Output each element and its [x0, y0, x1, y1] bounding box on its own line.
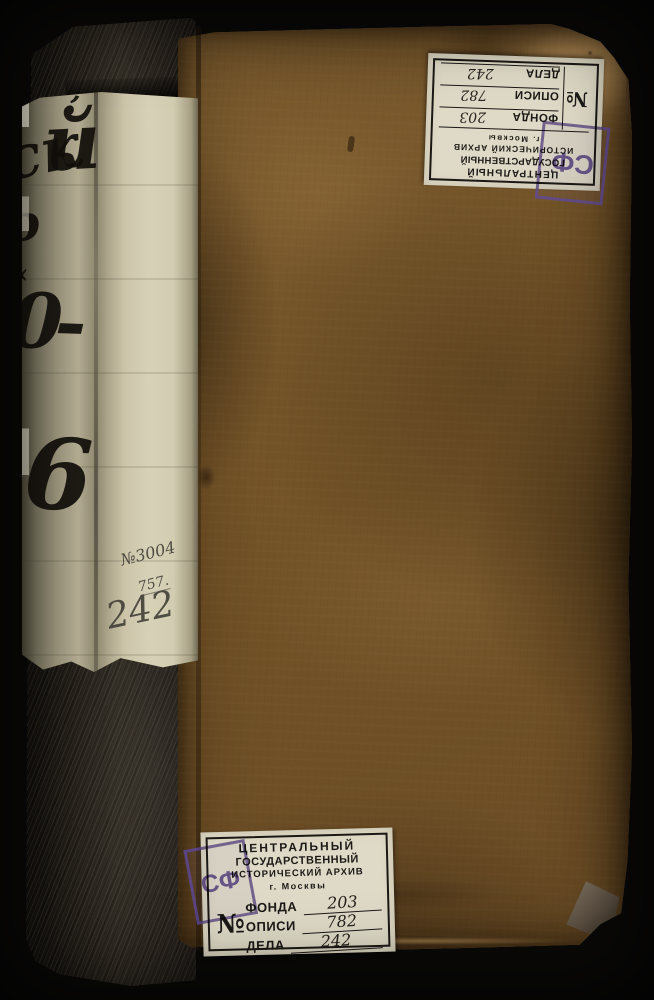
stain [347, 136, 355, 153]
delo-label: ДЕЛА [246, 937, 291, 953]
delo-row: ДЕЛА 242 [440, 62, 560, 85]
delo-label: ДЕЛА [519, 66, 560, 79]
opis-row: ОПИСИ 782 [440, 84, 560, 107]
spine-ink-fragment: 0- [22, 287, 80, 358]
delo-value: 242 [441, 65, 520, 80]
archive-label-top-wrapper: ЦЕНТРАЛЬНЫЙ ГОСУДАРСТВЕННЫЙ ИСТОРИЧЕСКИЙ… [424, 53, 604, 191]
sf-stamp: СФ [535, 121, 611, 206]
archive-label-bottom-wrapper: ЦЕНТРАЛЬНЫЙ ГОСУДАРСТВЕННЫЙ ИСТОРИЧЕСКИЙ… [200, 828, 395, 957]
spine-ink-fragment: 6 [22, 430, 94, 522]
spine-paper-wrap: ’ ск й ɔ ‹ 0- 6 №3004 757. 242 [22, 92, 198, 672]
opis-label: ОПИСИ [508, 88, 559, 102]
sf-stamp-text: СФ [199, 864, 243, 900]
spine-ink-fragment: й [42, 107, 102, 180]
torn-corner [565, 880, 621, 943]
sf-stamp-text: СФ [550, 145, 596, 180]
fond-row: ФОНДА 203 [439, 107, 559, 130]
opis-label: ОПИСИ [246, 917, 302, 933]
fond-value: 203 [439, 109, 506, 124]
opis-value: 782 [440, 87, 508, 102]
fond-row: ФОНДА 203 [245, 892, 381, 915]
photo-backdrop: ’ ск й ɔ ‹ 0- 6 №3004 757. 242 ЦЕНТРАЛЬН… [0, 0, 654, 1000]
delo-row: ДЕЛА 242 [246, 930, 382, 953]
numero-sign: № [563, 67, 591, 131]
